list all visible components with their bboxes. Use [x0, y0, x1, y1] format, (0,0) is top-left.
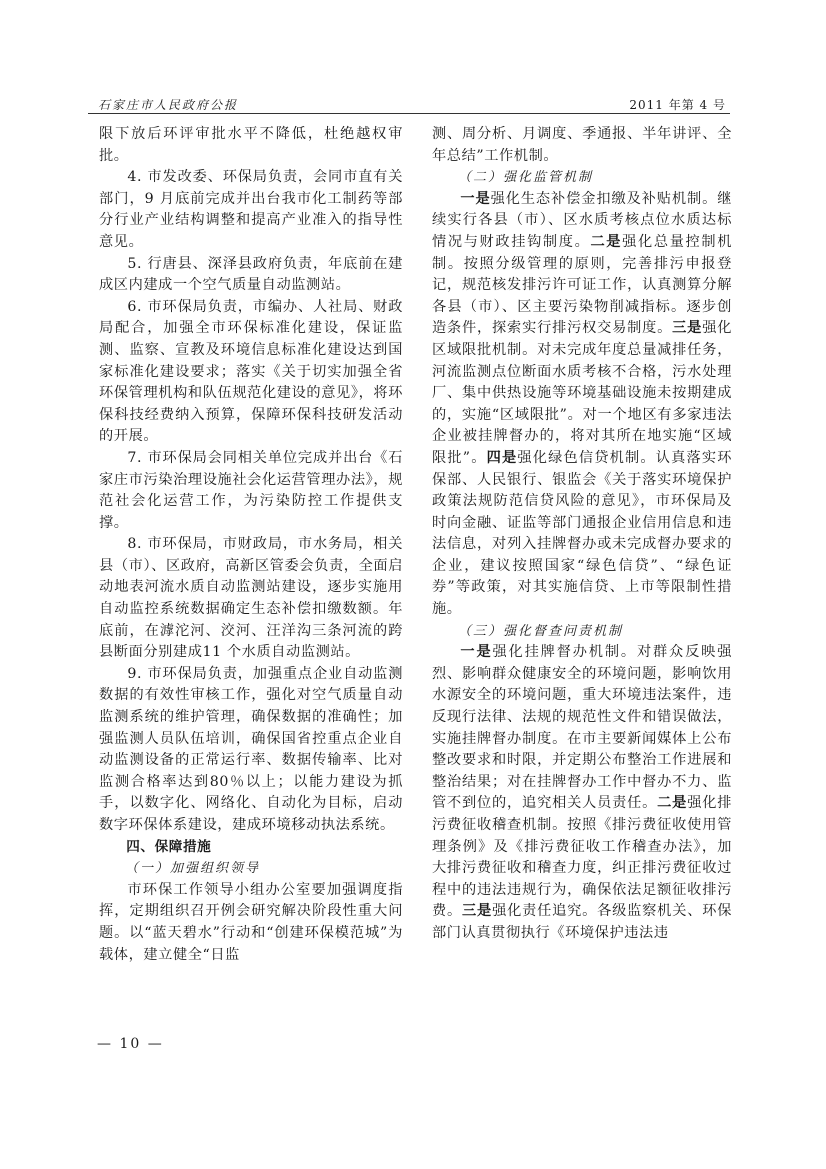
section-heading: 四、保障措施 [99, 837, 403, 859]
keyword: 二是 [590, 234, 622, 250]
issue-number: 2011 年第 4 号 [629, 96, 726, 113]
keyword: 三是 [462, 903, 492, 919]
paragraph-item-7: 7. 市环保局会同相关单位完成并出台《石家庄市污染治理设施社会化运营管理办法》，… [99, 448, 403, 534]
keyword: 一是 [460, 191, 490, 207]
publication-title: 石家庄市人民政府公报 [98, 96, 238, 113]
paragraph-item-4: 4. 市发改委、环保局负责，会同市直有关部门，9 月底前完成并出台我市化工制药等… [99, 167, 403, 253]
keyword: 二是 [657, 795, 687, 811]
paragraph-item-9: 9. 市环保局负责，加强重点企业自动监测数据的有效性审核工作，强化对空气质量自动… [99, 664, 403, 837]
keyword: 四是 [487, 450, 518, 466]
left-column: 限下放后环评审批水平不降低，杜绝越权审批。 4. 市发改委、环保局负责，会同市直… [99, 124, 403, 966]
keyword: 三是 [672, 320, 702, 336]
paragraph-item-6: 6. 市环保局负责，市编办、人社局、财政局配合，加强全市环保标准化建设，保证监测… [99, 297, 403, 448]
paragraph: 限下放后环评审批水平不降低，杜绝越权审批。 [99, 124, 403, 167]
paragraph: 测、周分析、月调度、季通报、半年讲评、全年总结”工作机制。 [432, 124, 732, 167]
page-number: — 10 — [97, 1036, 164, 1052]
paragraph: 一是强化生态补偿金扣缴及补贴机制。继续实行各县（市）、区水质考核点位水质达标情况… [432, 189, 732, 621]
paragraph: 市环保工作领导小组办公室要加强调度指挥，定期组织召开例会研究解决阶段性重大问题。… [99, 880, 403, 966]
subsection-heading: （二）强化监管机制 [432, 167, 732, 189]
paragraph-item-8: 8. 市环保局，市财政局，市水务局，相关县（市）、区政府，高新区管委会负责，全面… [99, 534, 403, 664]
subsection-heading: （三）强化督查问责机制 [432, 621, 732, 643]
paragraph-item-5: 5. 行唐县、深泽县政府负责，年底前在建成区内建成一个空气质量自动监测站。 [99, 254, 403, 297]
keyword: 一是 [460, 644, 492, 660]
subsection-heading: （一）加强组织领导 [99, 858, 403, 880]
right-column: 测、周分析、月调度、季通报、半年讲评、全年总结”工作机制。 （二）强化监管机制 … [432, 124, 732, 945]
paragraph: 一是强化挂牌督办机制。对群众反映强烈、影响群众健康安全的环境问题，影响饮用水源安… [432, 642, 732, 944]
running-header: 石家庄市人民政府公报 2011 年第 4 号 [88, 96, 730, 114]
